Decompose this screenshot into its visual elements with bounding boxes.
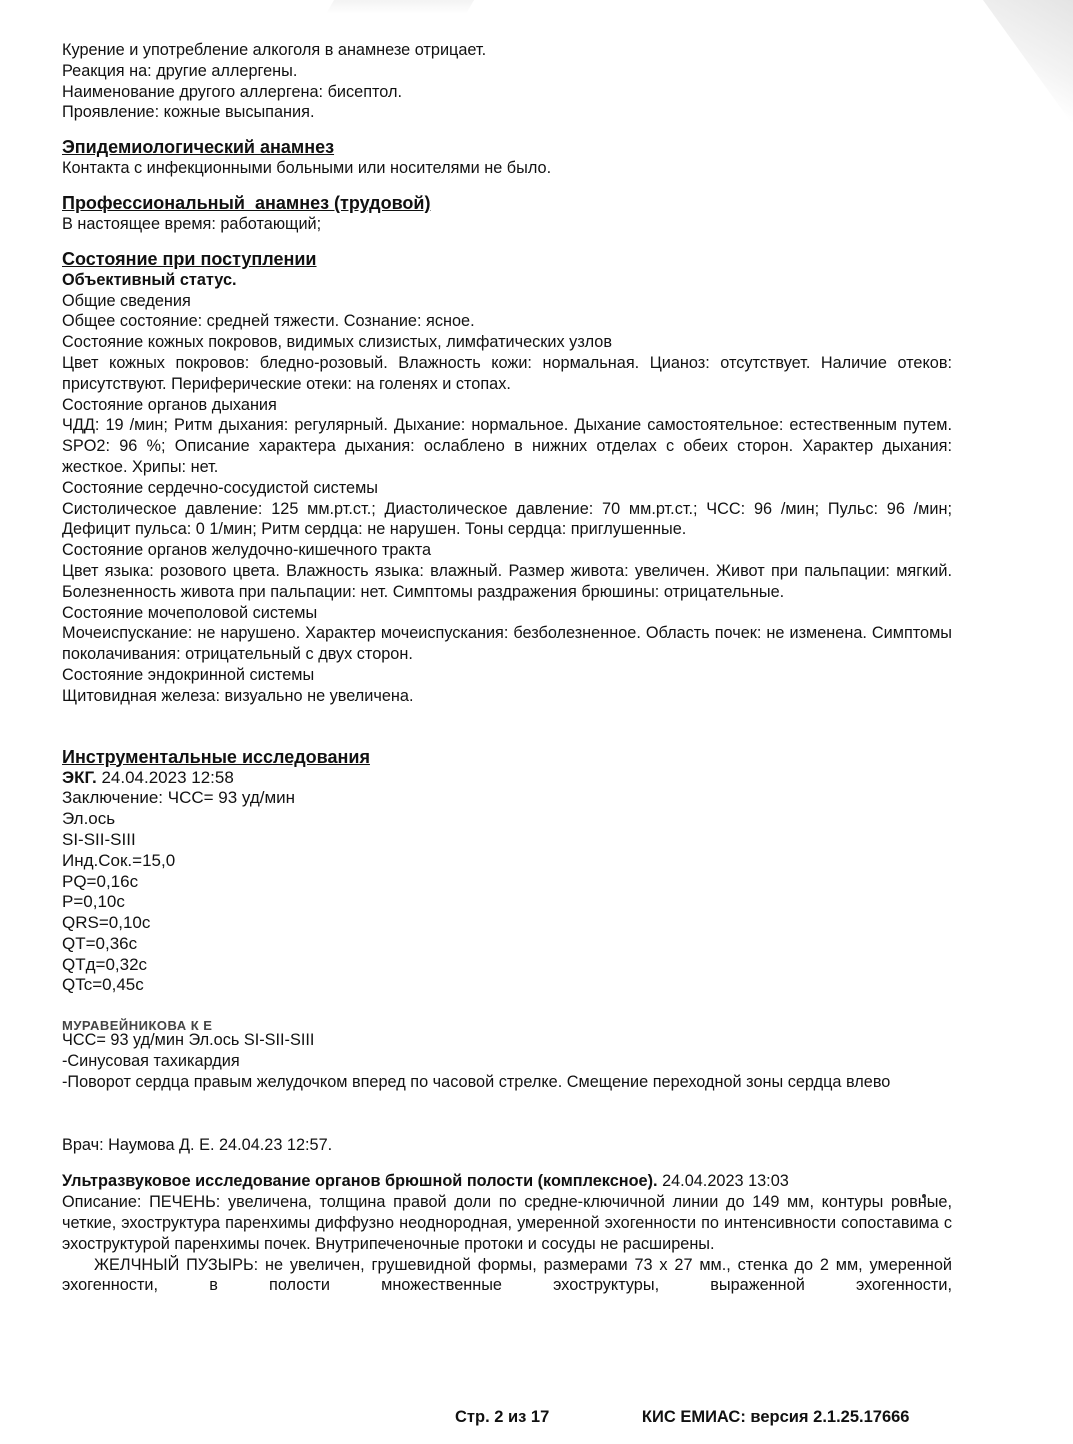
ecg-smudged-name: МУРАВЕЙНИКОВА К Е (62, 1016, 952, 1030)
general-text: Общее состояние: средней тяжести. Сознан… (62, 311, 952, 332)
ecg-line: QTд=0,32c (62, 955, 952, 976)
objective-status-subtitle: Объективный статус. (62, 270, 952, 291)
anamnesis-line: Реакция на: другие аллергены. (62, 61, 952, 82)
urogenital-text: Мочеиспускание: не нарушено. Характер мо… (62, 623, 952, 665)
page-number: Стр. 2 из 17 (455, 1408, 549, 1427)
endocrine-text: Щитовидная железа: визуально не увеличен… (62, 686, 952, 707)
respiratory-heading: Состояние органов дыхания (62, 395, 952, 416)
skin-text: Цвет кожных покровов: бледно-розовый. Вл… (62, 353, 952, 395)
page-curl-corner (983, 0, 1073, 125)
endocrine-heading: Состояние эндокринной системы (62, 665, 952, 686)
ecg-line: SI-SII-SIII (62, 830, 952, 851)
page-footer: Стр. 2 из 17 КИС ЕМИАС: версия 2.1.25.17… (455, 1408, 909, 1427)
system-version: КИС ЕМИАС: версия 2.1.25.17666 (642, 1408, 910, 1427)
urogenital-heading: Состояние мочеполовой системы (62, 603, 952, 624)
anamnesis-line: Наименование другого аллергена: бисептол… (62, 82, 952, 103)
section-title-instrumental: Инструментальные исследования (62, 747, 952, 768)
ecg-line: Эл.ось (62, 809, 952, 830)
ultrasound-gallbladder-text: ЖЕЛЧНЫЙ ПУЗЫРЬ: не увеличен, грушевидной… (62, 1255, 952, 1297)
cardio-heading: Состояние сердечно-сосудистой системы (62, 478, 952, 499)
anamnesis-line: Курение и употребление алкоголя в анамне… (62, 40, 952, 61)
section-title-professional: Профессиональный анамнез (трудовой) (62, 193, 952, 214)
ultrasound-datetime: 24.04.2023 13:03 (662, 1172, 789, 1190)
general-heading: Общие сведения (62, 291, 952, 312)
gi-heading: Состояние органов желудочно-кишечного тр… (62, 540, 952, 561)
professional-text: В настоящее время: работающий; (62, 214, 952, 235)
section-title-admission: Состояние при поступлении (62, 249, 952, 270)
ecg-line: PQ=0,16c (62, 872, 952, 893)
ecg-conclusion-line: -Синусовая тахикардия (62, 1051, 952, 1072)
cardio-text: Систолическое давление: 125 мм.рт.ст.; Д… (62, 499, 952, 541)
ecg-line: QT=0,36c (62, 934, 952, 955)
anamnesis-line: Проявление: кожные высыпания. (62, 102, 952, 123)
ultrasound-title: Ультразвуковое исследование органов брюш… (62, 1172, 658, 1190)
ultrasound-liver-text: Описание: ПЕЧЕНЬ: увеличена, толщина пра… (62, 1192, 952, 1254)
ecg-line: P=0,10c (62, 892, 952, 913)
ecg-line: QRS=0,10c (62, 913, 952, 934)
scan-shadow (326, 0, 474, 14)
skin-heading: Состояние кожных покровов, видимых слизи… (62, 332, 952, 353)
ecg-line: QTc=0,45c (62, 975, 952, 996)
respiratory-text: ЧДД: 19 /мин; Ритм дыхания: регулярный. … (62, 415, 952, 477)
document-page: Курение и употребление алкоголя в анамне… (62, 40, 952, 1296)
ecg-label: ЭКГ. (62, 768, 97, 787)
ecg-line: Заключение: ЧСС= 93 уд/мин (62, 788, 952, 809)
ecg-block: ЭКГ. 24.04.2023 12:58 Заключение: ЧСС= 9… (62, 768, 952, 997)
gi-text: Цвет языка: розового цвета. Влажность яз… (62, 561, 952, 603)
scan-speck (922, 1194, 926, 1198)
ecg-line: Инд.Сок.=15,0 (62, 851, 952, 872)
ecg-conclusion-line: -Поворот сердца правым желудочком вперед… (62, 1072, 952, 1093)
ecg-doctor-signature: Врач: Наумова Д. Е. 24.04.23 12:57. (62, 1135, 952, 1156)
epidemiological-text: Контакта с инфекционными больными или но… (62, 158, 952, 179)
ecg-datetime: 24.04.2023 12:58 (101, 768, 233, 787)
section-title-epidemiological: Эпидемиологический анамнез (62, 137, 952, 158)
ecg-conclusion-line: ЧСС= 93 уд/мин Эл.ось SI-SII-SIII (62, 1030, 952, 1051)
